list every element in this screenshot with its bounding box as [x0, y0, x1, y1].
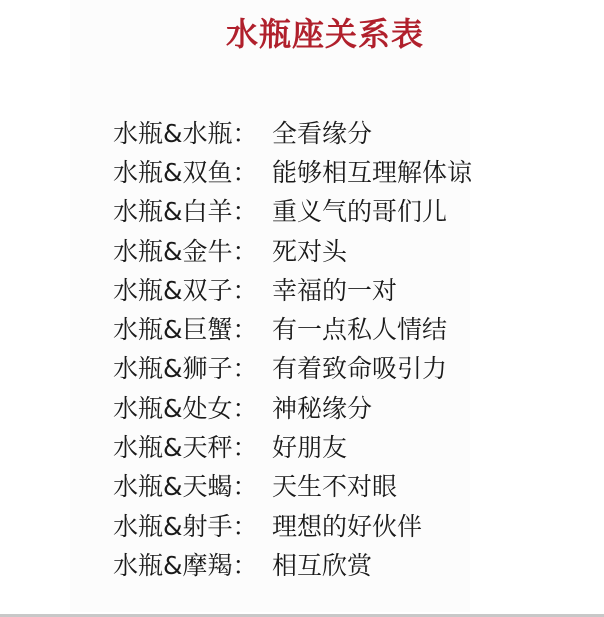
relation-row: 水瓶&金牛： 死对头: [113, 230, 472, 269]
relation-row: 水瓶&巨蟹： 有一点私人情结: [113, 308, 472, 347]
sign-pair: 水瓶&处女：: [113, 389, 272, 425]
sign-pair: 水瓶&天蝎：: [113, 467, 272, 503]
relation-description: 天生不对眼: [272, 467, 397, 503]
relation-description: 相互欣赏: [272, 546, 372, 582]
relation-description: 死对头: [272, 232, 347, 268]
sign-pair: 水瓶&水瓶：: [113, 114, 272, 150]
sign-pair: 水瓶&白羊：: [113, 192, 272, 228]
relation-description: 好朋友: [272, 428, 347, 464]
sign-pair: 水瓶&双子：: [113, 271, 272, 307]
relation-row: 水瓶&双子： 幸福的一对: [113, 269, 472, 308]
relation-description: 神秘缘分: [272, 389, 372, 425]
relation-row: 水瓶&射手： 理想的好伙伴: [113, 505, 472, 544]
relation-description: 幸福的一对: [272, 271, 397, 307]
sign-pair: 水瓶&狮子：: [113, 349, 272, 385]
relation-row: 水瓶&摩羯： 相互欣赏: [113, 544, 472, 583]
relation-description: 全看缘分: [272, 114, 372, 150]
relation-list: 水瓶&水瓶： 全看缘分 水瓶&双鱼： 能够相互理解体谅 水瓶&白羊： 重义气的哥…: [113, 112, 472, 584]
relation-row: 水瓶&双鱼： 能够相互理解体谅: [113, 151, 472, 190]
relation-description: 理想的好伙伴: [272, 507, 422, 543]
relation-row: 水瓶&天蝎： 天生不对眼: [113, 466, 472, 505]
relation-description: 有一点私人情结: [272, 310, 447, 346]
relation-description: 重义气的哥们儿: [272, 192, 447, 228]
sign-pair: 水瓶&天秤：: [113, 428, 272, 464]
sign-pair: 水瓶&金牛：: [113, 232, 272, 268]
sign-pair: 水瓶&摩羯：: [113, 546, 272, 582]
relation-row: 水瓶&狮子： 有着致命吸引力: [113, 348, 472, 387]
sign-pair: 水瓶&双鱼：: [113, 153, 272, 189]
relation-row: 水瓶&处女： 神秘缘分: [113, 387, 472, 426]
relation-row: 水瓶&白羊： 重义气的哥们儿: [113, 191, 472, 230]
relation-row: 水瓶&水瓶： 全看缘分: [113, 112, 472, 151]
relation-description: 有着致命吸引力: [272, 349, 447, 385]
sign-pair: 水瓶&巨蟹：: [113, 310, 272, 346]
relation-description: 能够相互理解体谅: [272, 153, 472, 189]
relation-row: 水瓶&天秤： 好朋友: [113, 426, 472, 465]
sign-pair: 水瓶&射手：: [113, 507, 272, 543]
page-title: 水瓶座关系表: [0, 12, 604, 56]
